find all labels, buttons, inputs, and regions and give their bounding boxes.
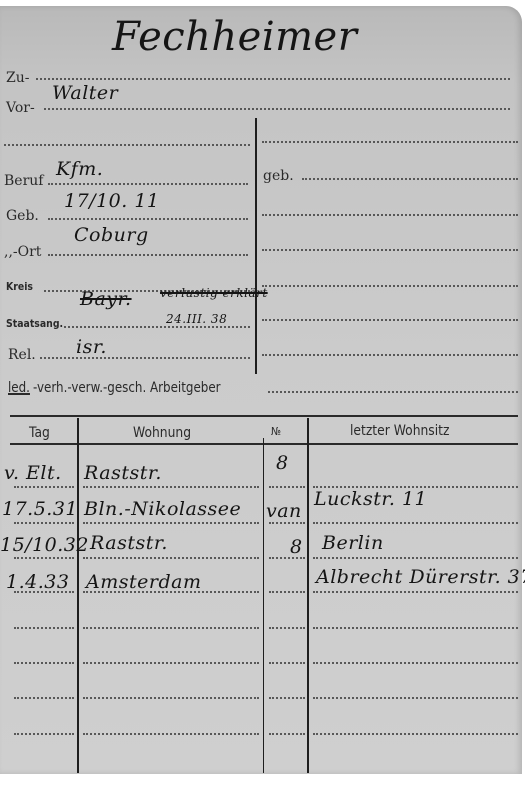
firstname-line xyxy=(44,108,510,110)
row1-nr: 8 xyxy=(276,452,289,474)
right-line-6 xyxy=(262,319,518,321)
table-row-line xyxy=(83,733,259,735)
born-label: Geb. xyxy=(6,208,39,224)
table-row-line xyxy=(269,522,305,524)
table-top-border xyxy=(10,415,518,417)
born-line xyxy=(48,218,248,220)
table-row-line xyxy=(313,627,518,629)
blank-line-left xyxy=(4,144,250,146)
religion-label: Rel. xyxy=(8,347,36,363)
table-row-line xyxy=(313,697,518,699)
right-line-3 xyxy=(262,214,518,216)
surname-label: Zu- xyxy=(6,70,29,86)
table-row-line xyxy=(14,486,74,488)
occupation-line xyxy=(48,183,248,185)
header-wohnung: Wohnung xyxy=(133,425,191,441)
employer-line xyxy=(268,391,518,393)
citizenship-struck-note: verlustig erklärt xyxy=(160,286,268,300)
firstname-label: Vor- xyxy=(6,100,35,116)
table-row-line xyxy=(313,591,518,593)
born-value: 17/10. 11 xyxy=(64,190,160,212)
table-row-line xyxy=(14,591,74,593)
occupation-label: Beruf xyxy=(4,173,43,189)
row3-nr: 8 xyxy=(290,536,303,558)
header-nr: № xyxy=(271,425,281,438)
col-divider-1 xyxy=(77,418,79,773)
table-row-line xyxy=(83,591,259,593)
row3-wohnung: Raststr. xyxy=(90,532,168,554)
col-divider-2 xyxy=(263,438,264,773)
right-line-5 xyxy=(262,285,518,287)
table-row-line xyxy=(269,591,305,593)
table-row-line xyxy=(313,662,518,664)
marital-status-options: -verh.-verw.-gesch. Arbeitgeber xyxy=(33,380,221,396)
row2-wohnung: Bln.-Nikolassee xyxy=(84,498,241,520)
table-row-line xyxy=(14,662,74,664)
religion-line xyxy=(40,357,250,359)
row4-tag: 1.4.33 xyxy=(6,571,69,593)
table-row-line xyxy=(313,557,518,559)
header-tag: Tag xyxy=(29,425,50,441)
table-row-line xyxy=(83,697,259,699)
table-row-line xyxy=(269,557,305,559)
header-letzter-wohnsitz: letzter Wohnsitz xyxy=(350,423,449,439)
table-row-line xyxy=(14,697,74,699)
surname-line xyxy=(36,78,510,80)
table-row-line xyxy=(269,662,305,664)
religion-value: isr. xyxy=(76,336,107,358)
occupation-value: Kfm. xyxy=(56,158,103,180)
firstname-value: Walter xyxy=(52,82,118,104)
row3-letzter: Berlin xyxy=(322,532,384,554)
table-row-line xyxy=(269,627,305,629)
table-row-line xyxy=(83,522,259,524)
citizenship-line xyxy=(64,326,250,328)
table-row-line xyxy=(313,486,518,488)
marital-status-single: led. xyxy=(8,380,30,396)
row1-wohnung: Raststr. xyxy=(84,462,162,484)
table-row-line xyxy=(313,522,518,524)
table-row-line xyxy=(83,627,259,629)
registration-card: Zu- Fechheimer Vor- Walter geb. Beruf Kf… xyxy=(0,6,522,774)
table-row-line xyxy=(14,522,74,524)
citizenship-value: Bayr. xyxy=(80,288,132,310)
surname-value: Fechheimer xyxy=(112,14,357,60)
row2-tag: 17.5.31 xyxy=(2,498,78,520)
district-label: Kreis xyxy=(6,280,33,293)
table-row-line xyxy=(14,733,74,735)
spouse-born-label: geb. xyxy=(263,168,294,184)
row2-letzter: Luckstr. 11 xyxy=(314,488,427,510)
row4-letzter: Albrecht Dürerstr. 37 xyxy=(316,566,525,588)
upper-divider xyxy=(255,118,257,374)
right-line-7 xyxy=(262,354,518,356)
table-row-line xyxy=(269,486,305,488)
table-row-line xyxy=(14,627,74,629)
spouse-born-line xyxy=(302,178,518,180)
row4-wohnung: Amsterdam xyxy=(86,571,201,593)
row1-tag: v. Elt. xyxy=(4,462,62,484)
table-row-line xyxy=(83,662,259,664)
table-row-line xyxy=(269,697,305,699)
citizenship-label: Staatsang. xyxy=(6,317,63,330)
right-line-4 xyxy=(262,249,518,251)
citizenship-date: 24.III. 38 xyxy=(166,312,227,326)
table-header-border xyxy=(10,443,518,445)
col-divider-3 xyxy=(307,418,309,773)
birthplace-line xyxy=(48,254,248,256)
table-row-line xyxy=(83,557,259,559)
table-row-line xyxy=(269,733,305,735)
right-line-1 xyxy=(262,141,518,143)
birthplace-value: Coburg xyxy=(74,224,149,246)
table-row-line xyxy=(14,557,74,559)
table-row-line xyxy=(313,733,518,735)
table-row-line xyxy=(83,486,259,488)
row2-nr: van xyxy=(266,500,302,522)
row3-tag: 15/10.32 xyxy=(0,534,89,556)
birthplace-label: ,,-Ort xyxy=(4,244,41,260)
